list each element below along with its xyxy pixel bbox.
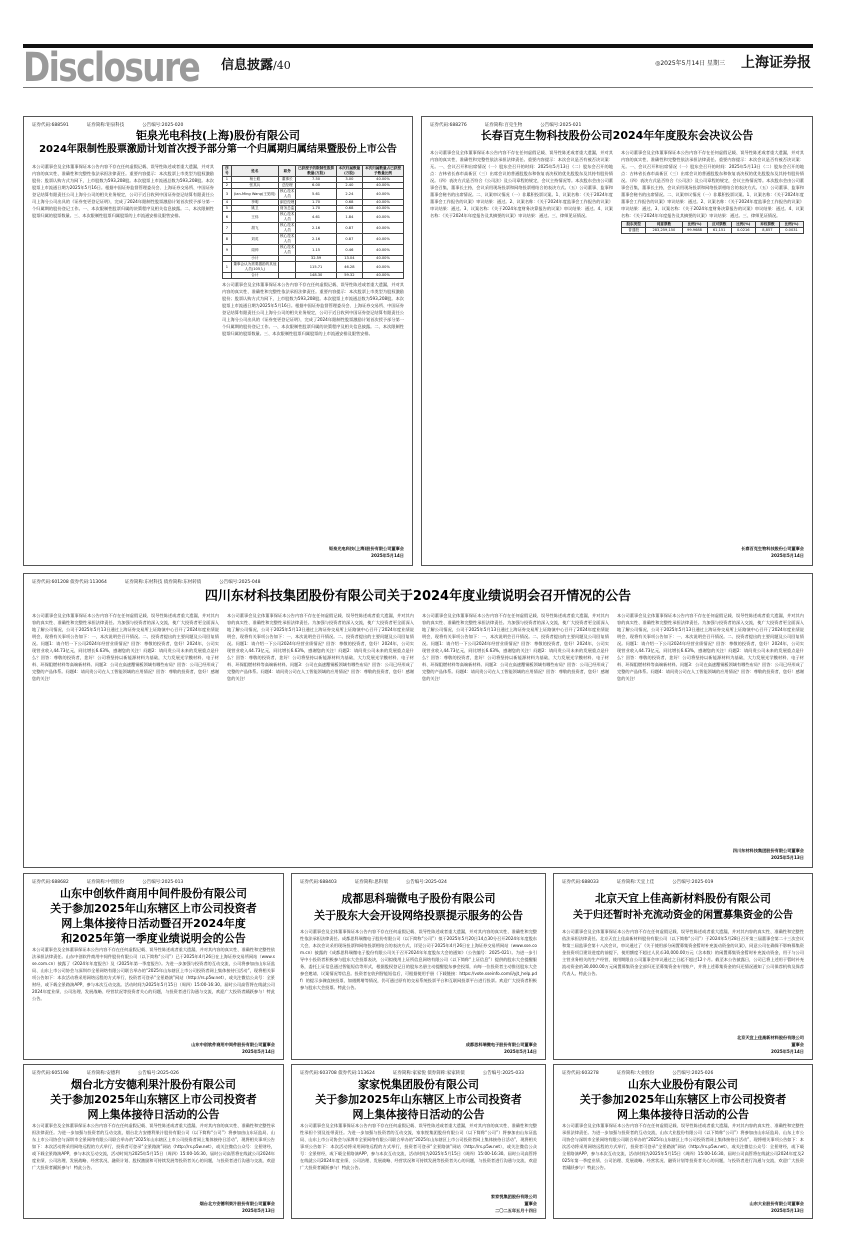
table-cell: 董事会认为需要激励的其他人员(105人) bbox=[231, 262, 278, 273]
table-cell: 5.61 bbox=[296, 189, 336, 200]
table-cell: 40.00% bbox=[363, 234, 404, 245]
article-title: 山东中创软件商用中间件股份有限公司 关于参加2025年山东辖区上市公司投资者 网… bbox=[32, 886, 275, 946]
table-cell: 8 bbox=[223, 234, 232, 245]
title-line: 家家悦集团股份有限公司 bbox=[300, 1077, 537, 1092]
table-cell: 8,857 bbox=[755, 228, 779, 234]
table-cell: 王伟 bbox=[231, 212, 278, 223]
article-sikerui-voting: 证券代码:688403 证券简称:思科瑞 公告编号:2025-024 成都思科瑞… bbox=[291, 873, 546, 1060]
signature-date: 2025年5月14日 bbox=[191, 1048, 275, 1055]
table-cell: 1.84 bbox=[336, 212, 362, 223]
table-cell: 0.0216 bbox=[731, 228, 755, 234]
signature-date: 2025年5月14日 bbox=[741, 552, 804, 559]
article-title: 长春百克生物科技股份公司2024年年度股东会决议公告 bbox=[430, 129, 804, 143]
notice-number: 公告编号:2025-019 bbox=[672, 880, 713, 886]
signature-org: 长春百克生物科技股份公司董事会 bbox=[741, 545, 804, 552]
signature-date: 二〇二五年五月十四日 bbox=[491, 1207, 537, 1214]
table-cell: 283,259,150 bbox=[646, 228, 682, 234]
stock-abbr: 证券简称:钜泉科技 bbox=[87, 123, 125, 129]
signature-date: 2025年5月14日 bbox=[737, 1048, 804, 1055]
table-cell: 0.87 bbox=[336, 223, 362, 234]
table-cell: 胡飞 bbox=[231, 223, 278, 234]
brand-wordmark: Disclosure bbox=[23, 48, 199, 88]
signature: 钜泉光电科技(上海)股份有限公司董事会 2025年5月14日 bbox=[329, 545, 404, 559]
table-row: 1杨士聪董事长7.503.0040.00% bbox=[223, 177, 404, 183]
stock-code: 证券代码:601208 债券代码:113064 bbox=[32, 580, 107, 586]
voting-table: 股东类型 同意票数 比例(%) 反对票数 比例(%) 弃权票数 比例(%) 普通… bbox=[621, 221, 804, 234]
table-cell: 46.28 bbox=[336, 262, 362, 273]
table-cell: 核心技术人员 bbox=[279, 189, 296, 200]
title-line: 和2025年第一季度业绩说明会的公告 bbox=[32, 931, 275, 946]
notice-number: 公告编号:2025-024 bbox=[406, 880, 447, 886]
signature: 四川东材科技集团股份有限公司董事会 2025年5月13日 bbox=[733, 847, 804, 861]
article-title: 北京天宜上佳高新材料股份有限公司 关于归还暂时补充流动资金的闲置募集资金的公告 bbox=[562, 890, 804, 924]
signature-date: 2025年5月14日 bbox=[466, 1048, 537, 1055]
table-row: 1董事会认为需要激励的其他人员(105人)115.7146.2840.00% bbox=[223, 262, 404, 273]
table-cell: 2.16 bbox=[296, 234, 336, 245]
page-number: /40 bbox=[273, 59, 291, 72]
th: 本次归属数量占已获授予数量比例 bbox=[363, 166, 404, 177]
signature: 长春百克生物科技股份公司董事会 2025年5月14日 bbox=[741, 545, 804, 559]
signature: 山东大业股份有限公司董事会 2025年5月13日 bbox=[750, 1200, 804, 1214]
th: 姓名 bbox=[231, 166, 278, 177]
signature: 家家悦集团股份有限公司 董事会 二〇二五年五月十四日 bbox=[491, 1193, 537, 1214]
notice-number: 公告编号:2025-033 bbox=[483, 1071, 524, 1077]
table-cell: 4.61 bbox=[296, 212, 336, 223]
signature-org: 成都思科瑞微电子股份有限公司董事会 bbox=[466, 1041, 537, 1048]
masthead: Disclosure 信息披露/40 ◎2025年5月14日 星期三 上海证券报 bbox=[23, 48, 813, 88]
table-cell: 40.00% bbox=[363, 262, 404, 273]
signature-org: 四川东材科技集团股份有限公司董事会 bbox=[733, 847, 804, 854]
article-jujiang-vesting: 证券代码:688591 证券简称:钜泉科技 公告编号:2025-020 钜泉光电… bbox=[23, 116, 413, 566]
signature-date: 2025年5月13日 bbox=[733, 854, 804, 861]
vesting-table: 序号 姓名 职务 已获授予的限制性股票数量(万股) 本次归属数量(万股) 本次归… bbox=[222, 165, 404, 279]
table-cell: 1 bbox=[223, 262, 232, 273]
signature-date: 2025年5月14日 bbox=[329, 552, 404, 559]
article-body: 本公司董事会及全体董事保证本公告内容不存在任何虚假记载、误导性陈述或者重大遗漏，… bbox=[430, 149, 613, 236]
signature-org: 山东大业股份有限公司董事会 bbox=[750, 1200, 804, 1207]
table-cell: 40.00% bbox=[363, 245, 404, 256]
table-row: 普通股283,259,15099.968861,1510.02168,8570.… bbox=[622, 228, 804, 234]
article-title: 四川东材科技集团股份有限公司关于2024年度业绩说明会召开情况的公告 bbox=[32, 588, 804, 606]
title-line: 山东大业股份有限公司 bbox=[562, 1077, 804, 1092]
title-line: 网上集体接待日活动的公告 bbox=[300, 1107, 537, 1122]
article-body: 本公司董事会及全体董事保证本公告内容不存在任何虚假记载、误导性陈述或者重大遗漏，… bbox=[32, 163, 214, 337]
section-label: 信息披露 bbox=[221, 58, 273, 73]
table-cell bbox=[279, 262, 296, 273]
article-jiajiayue-briefing: 证券代码:603708 债券代码:113624 证券简称:家家悦 债券简称:家家… bbox=[291, 1064, 546, 1219]
table-row: 2张其兵总经理6.002.4040.00% bbox=[223, 183, 404, 189]
title-line: 2024年限制性股票激励计划首次授予部分第一个归属期归属结果暨股份上市公告 bbox=[32, 143, 404, 157]
stock-code: 证券代码:688403 bbox=[300, 880, 337, 886]
table-cell: 合计 bbox=[231, 273, 278, 279]
signature-board: 董事会 bbox=[491, 1200, 537, 1207]
article-body-continued: 本公司董事会及全体董事保证本公告内容不存在任何虚假记载、误导性陈述或者重大遗漏，… bbox=[222, 281, 404, 337]
stock-code: 证券代码:605198 bbox=[32, 1071, 69, 1077]
signature-org: 钜泉光电科技(上海)股份有限公司董事会 bbox=[329, 545, 404, 552]
table-cell: 0.46 bbox=[336, 245, 362, 256]
title-line: 关于参加2025年山东辖区上市公司投资者 bbox=[32, 901, 275, 916]
table-cell: 核心技术人员 bbox=[279, 212, 296, 223]
signature: 北京天宜上佳高新材料股份有限公司 董事会 2025年5月14日 bbox=[737, 1034, 804, 1055]
signature-date: 2025年5月13日 bbox=[750, 1207, 804, 1214]
stock-code: 证券代码:688033 bbox=[562, 880, 599, 886]
title-line: 成都思科瑞微电子股份有限公司 bbox=[300, 890, 537, 907]
signature-board: 董事会 bbox=[737, 1041, 804, 1048]
table-cell: Jian-Ming Wang(王见明) bbox=[231, 189, 278, 200]
stock-code: 证券代码:688276 bbox=[430, 123, 467, 129]
table-cell: 40.00% bbox=[363, 223, 404, 234]
table-cell: 副总经理 bbox=[279, 200, 296, 206]
table-row: 6王伟核心技术人员4.611.8440.00% bbox=[223, 212, 404, 223]
article-body-col3: 本公司董事会及全体董事保证本公告内容不存在任何虚假记载、误导性陈述或者重大遗漏，… bbox=[422, 612, 609, 682]
stock-abbr: 证券简称:天宜上佳 bbox=[617, 880, 655, 886]
signature-org: 北京天宜上佳高新材料股份有限公司 bbox=[737, 1034, 804, 1041]
section-title: 信息披露/40 bbox=[221, 54, 291, 73]
article-zhongchuang-briefing: 证券代码:688682 证券简称:中创股份 公告编号:2025-013 山东中创… bbox=[23, 873, 284, 1060]
article-tianyi-funds: 证券代码:688033 证券简称:天宜上佳 公告编号:2025-019 北京天宜… bbox=[553, 873, 813, 1060]
title-line: 关于参加2025年山东辖区上市公司投资者 bbox=[300, 1092, 537, 1107]
article-title: 家家悦集团股份有限公司 关于参加2025年山东辖区上市公司投资者 网上集体接待日… bbox=[300, 1077, 537, 1122]
table-cell: 2.24 bbox=[336, 189, 362, 200]
title-line: 关于参加2025年山东辖区上市公司投资者 bbox=[32, 1092, 275, 1107]
signature-date: 2025年5月13日 bbox=[200, 1207, 275, 1214]
article-dongcai-briefing: 证券代码:601208 债券代码:113064 证券简称:东材科技 债券简称:东… bbox=[23, 573, 813, 868]
article-body: 本公司董事会及全体董事保证本公告内容不存在任何虚假记载、误导性陈述或者重大遗漏，… bbox=[562, 928, 804, 1018]
table-cell: 2.16 bbox=[296, 223, 336, 234]
table-cell: 刘英 bbox=[231, 234, 278, 245]
title-line: 关于归还暂时补充流动资金的闲置募集资金的公告 bbox=[562, 907, 804, 924]
title-line: 关于股东大会开设网络投票提示服务的公告 bbox=[300, 907, 537, 924]
stock-abbr: 证券简称:东材科技 债券简称:东材转债 bbox=[125, 580, 201, 586]
article-body-col1: 本公司董事会及全体董事保证本公告内容不存在任何虚假记载、误导性陈述或者重大遗漏，… bbox=[32, 612, 219, 682]
th: 职务 bbox=[279, 166, 296, 177]
article-daye-briefing: 证券代码:603278 证券简称:大业股份 公告编号:2025-026 山东大业… bbox=[553, 1064, 813, 1219]
title-line: 网上集体接待日活动暨召开2024年度 bbox=[32, 916, 275, 931]
table-cell bbox=[279, 273, 296, 279]
table-cell: 59.32 bbox=[336, 273, 362, 279]
title-line: 网上集体接待日活动的公告 bbox=[562, 1107, 804, 1122]
table-cell: 40.00% bbox=[363, 212, 404, 223]
signature-org: 烟台北方安德利果汁股份有限公司董事会 bbox=[200, 1200, 275, 1207]
signature: 烟台北方安德利果汁股份有限公司董事会 2025年5月13日 bbox=[200, 1200, 275, 1214]
title-line: 关于参加2025年山东辖区上市公司投资者 bbox=[562, 1092, 804, 1107]
table-cell: 61,151 bbox=[707, 228, 731, 234]
signature: 山东中创软件商用中间件股份有限公司董事会 2025年5月14日 bbox=[191, 1041, 275, 1055]
stock-code: 证券代码:603278 bbox=[562, 1071, 599, 1077]
table-cell: 9 bbox=[223, 245, 232, 256]
table-cell: 7 bbox=[223, 223, 232, 234]
table-cell: 核心技术人员 bbox=[279, 234, 296, 245]
title-line: 烟台北方安德利果汁股份有限公司 bbox=[32, 1077, 275, 1092]
signature-org: 家家悦集团股份有限公司 bbox=[491, 1193, 537, 1200]
title-line: 山东中创软件商用中间件股份有限公司 bbox=[32, 886, 275, 901]
article-body: 本公司董事会及全体董事保证本公告内容不存在任何虚假记载、误导性陈述或者重大遗漏，… bbox=[300, 928, 537, 1028]
newspaper-name: 上海证券报 bbox=[741, 52, 811, 72]
table-cell: 40.00% bbox=[363, 189, 404, 200]
stock-abbr: 证券简称:思科瑞 bbox=[355, 880, 388, 886]
article-body: 本公司董事会及全体董事保证本公告内容不存在任何虚假记载、误导性陈述或者重大遗漏，… bbox=[562, 1122, 804, 1178]
article-title: 钜泉光电科技(上海)股份有限公司 2024年限制性股票激励计划首次授予部分第一个… bbox=[32, 129, 404, 157]
table-cell: 6 bbox=[223, 212, 232, 223]
table-cell: 周帅 bbox=[231, 245, 278, 256]
title-line: 钜泉光电科技(上海)股份有限公司 bbox=[32, 129, 404, 143]
notice-number: 公告编号:2025-048 bbox=[219, 580, 260, 586]
table-row: 8刘英核心技术人员2.160.8740.00% bbox=[223, 234, 404, 245]
table-row: 9周帅核心技术人员1.150.4640.00% bbox=[223, 245, 404, 256]
article-baike-agm: 证券代码:688276 证券简称:百克生物 公告编号:2025-021 长春百克… bbox=[421, 116, 813, 566]
table-cell: 核心技术人员 bbox=[279, 223, 296, 234]
table-cell: 115.71 bbox=[296, 262, 336, 273]
th: 本次归属数量(万股) bbox=[336, 166, 362, 177]
table-cell: 3 bbox=[223, 189, 232, 200]
article-body-col4: 本公司董事会及全体董事保证本公告内容不存在任何虚假记载、误导性陈述或者重大遗漏，… bbox=[617, 612, 804, 682]
th: 序号 bbox=[223, 166, 232, 177]
article-title: 山东大业股份有限公司 关于参加2025年山东辖区上市公司投资者 网上集体接待日活… bbox=[562, 1077, 804, 1122]
table-cell: 1.15 bbox=[296, 245, 336, 256]
th: 已获授予的限制性股票数量(万股) bbox=[296, 166, 336, 177]
article-title: 烟台北方安德利果汁股份有限公司 关于参加2025年山东辖区上市公司投资者 网上集… bbox=[32, 1077, 275, 1122]
signature: 成都思科瑞微电子股份有限公司董事会 2025年5月14日 bbox=[466, 1041, 537, 1055]
table-cell: 核心技术人员 bbox=[279, 245, 296, 256]
article-andeli-briefing: 证券代码:605198 证券简称:安德利 公告编号:2025-026 烟台北方安… bbox=[23, 1064, 284, 1219]
table-cell bbox=[223, 273, 232, 279]
dateline: ◎2025年5月14日 星期三 bbox=[655, 58, 725, 67]
table-row: 合计148.3059.3240.00% bbox=[223, 273, 404, 279]
title-line: 北京天宜上佳高新材料股份有限公司 bbox=[562, 890, 804, 907]
table-cell: 148.30 bbox=[296, 273, 336, 279]
title-line: 网上集体接待日活动的公告 bbox=[32, 1107, 275, 1122]
article-body-col2: 本公司董事会及全体董事保证本公告内容不存在任何虚假记载、误导性陈述或者重大遗漏，… bbox=[227, 612, 414, 682]
table-cell: 0.0031 bbox=[780, 228, 804, 234]
table-cell: 财务总监 bbox=[279, 206, 296, 212]
table-cell: 普通股 bbox=[622, 228, 646, 234]
table-row: 7胡飞核心技术人员2.160.8740.00% bbox=[223, 223, 404, 234]
article-title: 成都思科瑞微电子股份有限公司 关于股东大会开设网络投票提示服务的公告 bbox=[300, 890, 537, 924]
masthead-rule bbox=[23, 87, 813, 88]
stock-codes: 证券代码:688033 证券简称:天宜上佳 公告编号:2025-019 bbox=[562, 880, 804, 886]
stock-code: 证券代码:688591 bbox=[32, 123, 69, 129]
article-body-continued: 本公司董事会及全体董事保证本公告内容不存在任何虚假记载、误导性陈述或者重大遗漏，… bbox=[621, 149, 804, 219]
table-row: 3Jian-Ming Wang(王见明)核心技术人员5.612.2440.00% bbox=[223, 189, 404, 200]
article-body: 本公司董事会及全体董事保证本公告内容不存在任何虚假记载、误导性陈述或者重大遗漏，… bbox=[32, 946, 275, 1016]
table-cell: 99.9688 bbox=[682, 228, 707, 234]
table-cell: 0.87 bbox=[336, 234, 362, 245]
article-body: 本公司董事会及全体董事保证本公告内容不存在任何虚假记载、误导性陈述或者重大遗漏，… bbox=[32, 1122, 275, 1178]
stock-codes: 证券代码:688403 证券简称:思科瑞 公告编号:2025-024 bbox=[300, 880, 537, 886]
article-body: 本公司董事会及全体董事保证本公告内容不存在任何虚假记载、误导性陈述或者重大遗漏，… bbox=[300, 1122, 537, 1178]
signature-org: 山东中创软件商用中间件股份有限公司董事会 bbox=[191, 1041, 275, 1048]
table-cell: 40.00% bbox=[363, 273, 404, 279]
stock-codes: 证券代码:601208 债券代码:113064 证券简称:东材科技 债券简称:东… bbox=[32, 580, 804, 586]
